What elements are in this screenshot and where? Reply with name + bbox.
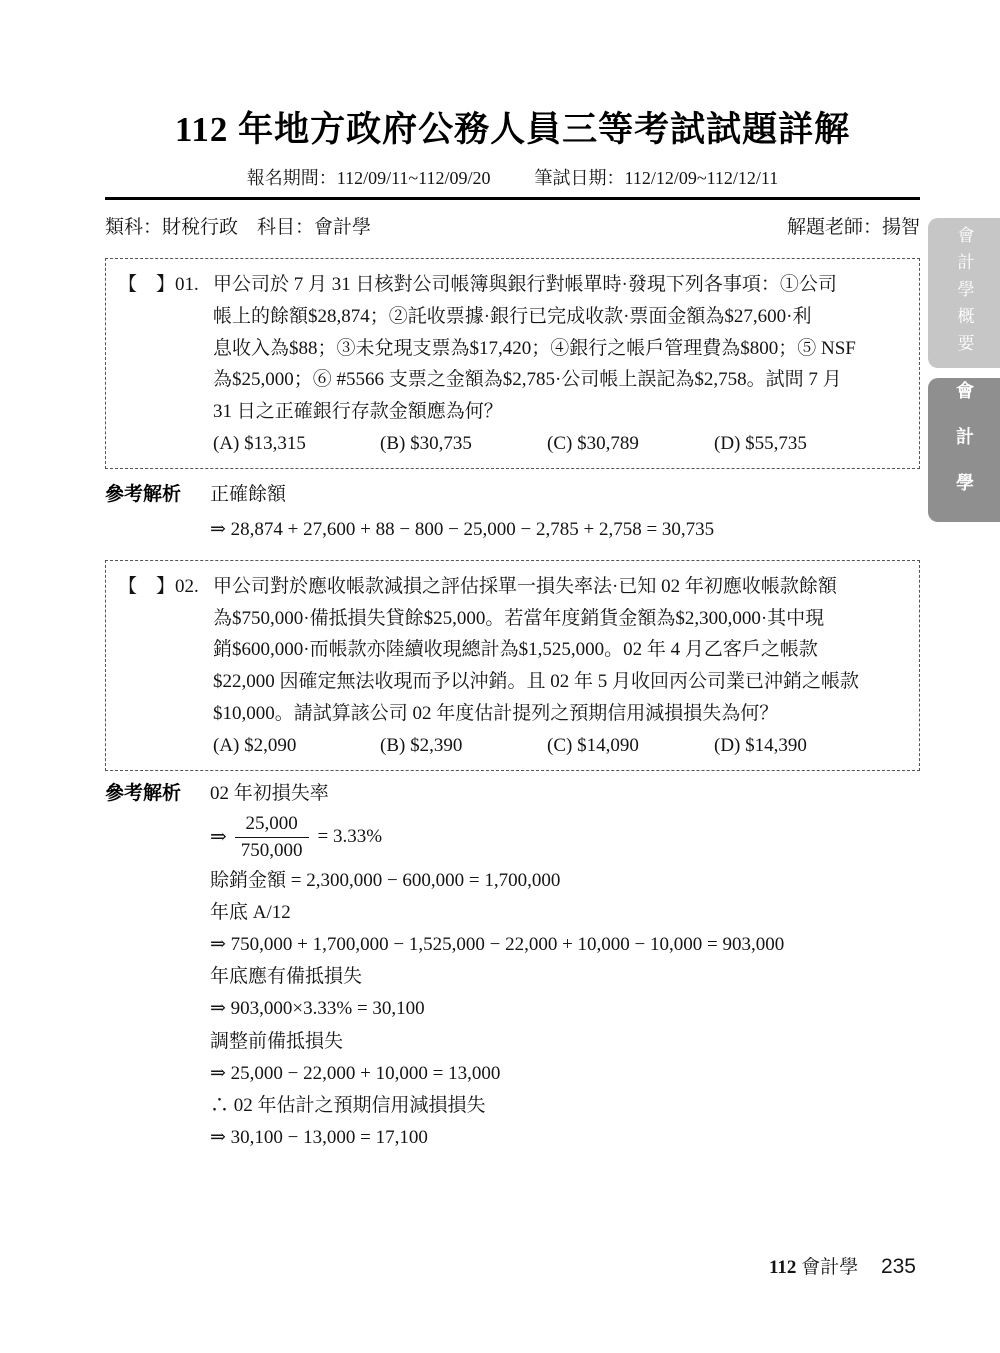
question-line: 甲公司於 7 月 31 日核對公司帳簿與銀行對帳單時·發現下列各事項：①公司: [213, 269, 909, 301]
solution-line: ⇒ 25,000 − 22,000 + 10,000 = 13,000: [210, 1058, 920, 1090]
solution-body-02: 02 年初損失率 ⇒ 25,000 750,000 = 3.33% 賒銷金額 =…: [210, 781, 920, 1155]
options-row-02: (A) $2,090 (B) $2,390 (C) $14,090 (D) $1…: [213, 730, 909, 762]
registration-period: 報名期間：112/09/11~112/09/20: [247, 166, 491, 190]
solution-line: 年底應有備抵損失: [210, 961, 920, 993]
solution-formula: ⇒ 28,874 + 27,600 + 88 − 800 − 25,000 − …: [210, 516, 920, 544]
answer-bracket-02: 【 】02.: [118, 571, 213, 762]
question-line: 31 日之正確銀行存款金額應為何？: [213, 396, 909, 428]
side-tab-accounting: 會計學: [928, 378, 1000, 522]
fraction-denominator: 750,000: [235, 838, 309, 863]
question-text-02: 甲公司對於應收帳款減損之評估採單一損失率法·已知 02 年初應收帳款餘額 為$7…: [213, 571, 909, 762]
solution-label: 參考解析: [105, 482, 210, 544]
option-d: (D) $55,735: [714, 428, 807, 460]
solution-step-title: 正確餘額: [210, 482, 920, 508]
question-box-01: 【 】01. 甲公司於 7 月 31 日核對公司帳簿與銀行對帳單時·發現下列各事…: [105, 258, 920, 469]
page-content: 112 年地方政府公務人員三等考試試題詳解 報名期間：112/09/11~112…: [105, 108, 920, 1154]
meta-row: 類科：財稅行政 科目：會計學 解題老師：揚智: [105, 215, 920, 241]
footer-subject: 會計學: [801, 1257, 858, 1278]
footer-year: 112: [769, 1257, 796, 1278]
question-line: 帳上的餘額$28,874；②託收票據·銀行已完成收款·票面金額為$27,600·…: [213, 301, 909, 333]
question-line: 為$750,000·備抵損失貸餘$25,000。若當年度銷貨金額為$2,300,…: [213, 603, 909, 635]
solution-label: 參考解析: [105, 781, 210, 1155]
solution-line: ∴ 02 年估計之預期信用減損損失: [210, 1090, 920, 1122]
question-line: 為$25,000；⑥ #5566 支票之金額為$2,785·公司帳上誤記為$2,…: [213, 364, 909, 396]
header-divider: [105, 197, 920, 200]
option-c: (C) $14,090: [547, 730, 714, 762]
option-a: (A) $13,315: [213, 428, 380, 460]
question-line: $10,000。請試算該公司 02 年度估計提列之預期信用減損損失為何？: [213, 698, 909, 730]
question-line: 息收入為$88；③未兌現支票為$17,420；④銀行之帳戶管理費為$800；⑤ …: [213, 333, 909, 365]
fraction: 25,000 750,000: [235, 811, 309, 863]
option-c: (C) $30,789: [547, 428, 714, 460]
solution-line: ⇒ 30,100 − 13,000 = 17,100: [210, 1122, 920, 1154]
implies-arrow: ⇒: [210, 824, 227, 849]
solution-body-01: 正確餘額 ⇒ 28,874 + 27,600 + 88 − 800 − 25,0…: [210, 482, 920, 544]
options-row-01: (A) $13,315 (B) $30,735 (C) $30,789 (D) …: [213, 428, 909, 460]
solution-section-02: 參考解析 02 年初損失率 ⇒ 25,000 750,000 = 3.33% 賒…: [105, 781, 920, 1155]
solution-line: 年底 A/12: [210, 897, 920, 929]
option-a: (A) $2,090: [213, 730, 380, 762]
question-text-01: 甲公司於 7 月 31 日核對公司帳簿與銀行對帳單時·發現下列各事項：①公司 帳…: [213, 269, 909, 460]
question-number: 01.: [175, 274, 199, 295]
fraction-numerator: 25,000: [235, 811, 309, 838]
category-and-subject: 類科：財稅行政 科目：會計學: [105, 215, 371, 241]
page-number: 235: [881, 1255, 916, 1278]
question-line: $22,000 因確定無法收現而予以沖銷。且 02 年 5 月收回丙公司業已沖銷…: [213, 666, 909, 698]
answer-brackets: 【 】: [118, 274, 175, 295]
answer-bracket-01: 【 】01.: [118, 269, 213, 460]
side-tab-label: 會計學概要: [952, 226, 977, 361]
solution-teacher: 解題老師：揚智: [787, 215, 920, 241]
question-number: 02.: [175, 576, 199, 597]
answer-brackets: 【 】: [118, 576, 175, 597]
solution-line: ⇒ 903,000×3.33% = 30,100: [210, 993, 920, 1025]
loss-rate-fraction: ⇒ 25,000 750,000 = 3.33%: [210, 809, 920, 865]
solution-step-title: 02 年初損失率: [210, 781, 920, 807]
side-tab-accounting-summary: 會計學概要: [928, 218, 1000, 368]
page-footer: 112 會計學 235: [769, 1252, 916, 1279]
solution-line: 調整前備抵損失: [210, 1026, 920, 1058]
page-title: 112 年地方政府公務人員三等考試試題詳解: [105, 108, 920, 152]
fraction-result: = 3.33%: [318, 826, 383, 848]
written-exam-date: 筆試日期：112/12/09~112/12/11: [535, 166, 779, 190]
exam-dates-row: 報名期間：112/09/11~112/09/20 筆試日期：112/12/09~…: [105, 166, 920, 190]
option-d: (D) $14,390: [714, 730, 807, 762]
option-b: (B) $2,390: [380, 730, 547, 762]
option-b: (B) $30,735: [380, 428, 547, 460]
question-line: 銷$600,000·而帳款亦陸續收現總計為$1,525,000。02 年 4 月…: [213, 634, 909, 666]
question-line: 甲公司對於應收帳款減損之評估採單一損失率法·已知 02 年初應收帳款餘額: [213, 571, 909, 603]
question-box-02: 【 】02. 甲公司對於應收帳款減損之評估採單一損失率法·已知 02 年初應收帳…: [105, 560, 920, 771]
solution-section-01: 參考解析 正確餘額 ⇒ 28,874 + 27,600 + 88 − 800 −…: [105, 482, 920, 544]
solution-line: ⇒ 750,000 + 1,700,000 − 1,525,000 − 22,0…: [210, 929, 920, 961]
side-tab-label: 會計學: [951, 381, 977, 519]
solution-line: 賒銷金額 = 2,300,000 − 600,000 = 1,700,000: [210, 865, 920, 897]
